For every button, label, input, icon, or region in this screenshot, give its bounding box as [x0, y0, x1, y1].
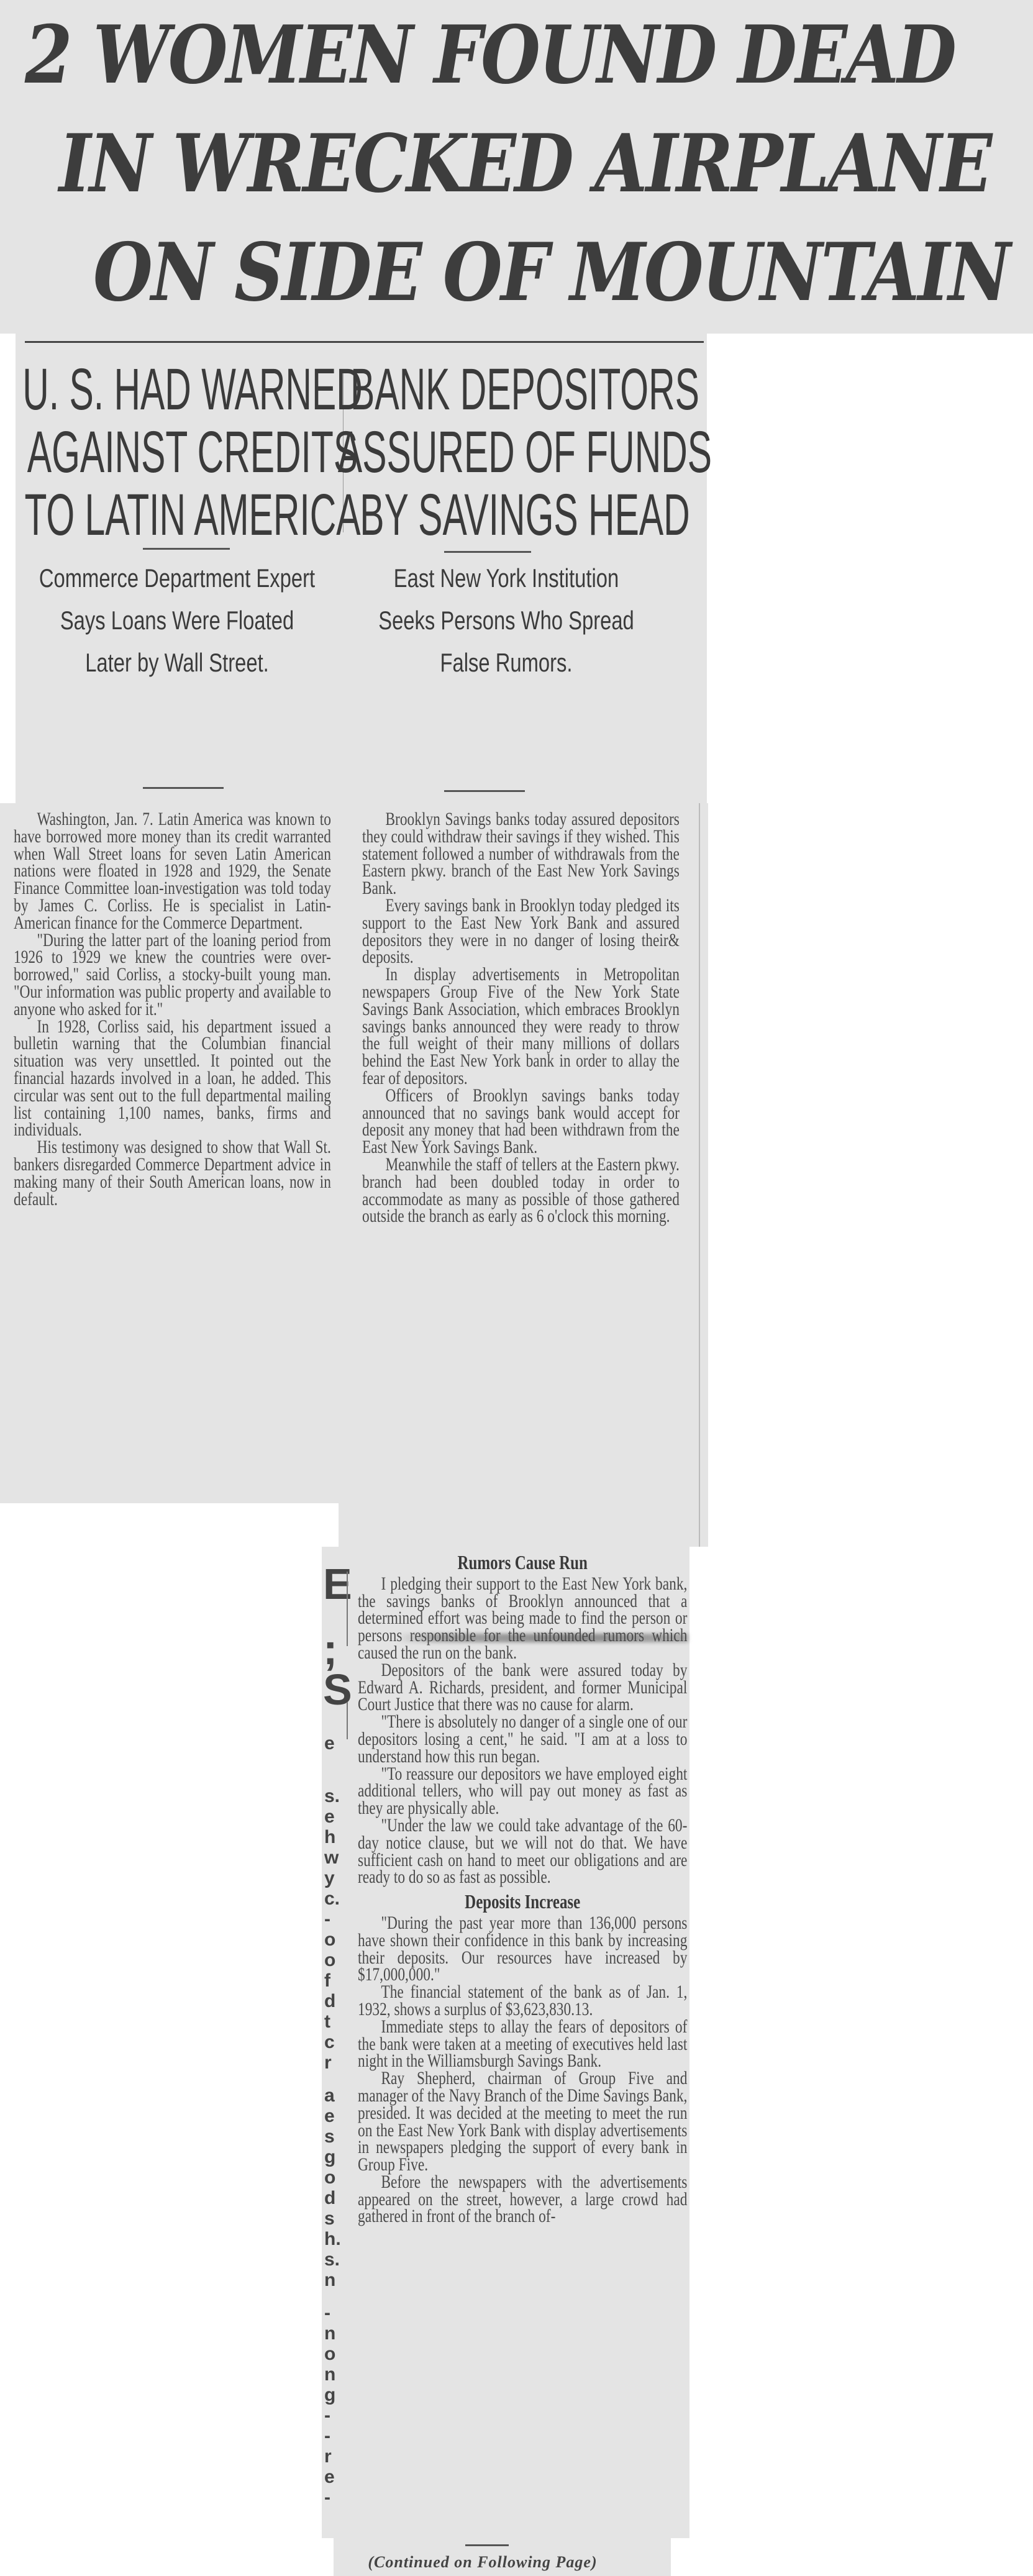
story-1-subhead-line: Later by Wall Street.	[24, 642, 329, 684]
paragraph: Brooklyn Savings banks today assured dep…	[362, 811, 680, 897]
fragment-letter: e	[324, 1806, 335, 1827]
deck-divider	[444, 551, 531, 553]
paragraph: Immediate steps to allay the fears of de…	[358, 2018, 687, 2070]
paragraph: In display advertisements in Metropolita…	[362, 966, 680, 1087]
story-2-subhead-line: False Rumors.	[361, 642, 652, 684]
fragment-letter: w	[324, 1847, 339, 1868]
fragment-letter: f	[324, 1970, 330, 1991]
fragment-letter: o	[324, 1929, 335, 1950]
story-2-headline-line: BANK DEPOSITORS	[327, 358, 724, 421]
fragment-letter: s.	[324, 1786, 340, 1807]
fragment-letter: h	[324, 1827, 335, 1848]
story-2-subhead: East New York Institution Seeks Persons …	[361, 557, 652, 684]
fragment-letter: -	[324, 2303, 330, 2324]
fragment-letter: n	[324, 2323, 335, 2344]
section-subhead: Rumors Cause Run	[358, 1547, 687, 1575]
story-2-subhead-line: East New York Institution	[361, 557, 652, 599]
paragraph: Before the newspapers with the advertise…	[358, 2173, 687, 2225]
story-2-headline-line: ASSURED OF FUNDS	[327, 421, 724, 484]
paragraph: "To reassure our depositors we have empl…	[358, 1765, 687, 1817]
paragraph: "There is absolutely no danger of a sing…	[358, 1713, 687, 1765]
fragment-letter: -	[324, 2426, 330, 2447]
continued-note-clipping: (Continued on Following Page)	[334, 2538, 671, 2576]
fragment-letter: n	[324, 2364, 335, 2385]
paragraph: Meanwhile the staff of tellers at the Ea…	[362, 1156, 680, 1225]
fragment-letter: s	[324, 2208, 335, 2229]
fragment-letter: e	[324, 2467, 335, 2488]
story-2-subhead-line: Seeks Persons Who Spread	[361, 599, 652, 642]
story-2-headline-line: BY SAVINGS HEAD	[327, 484, 724, 547]
paragraph: His testimony was designed to show that …	[14, 1139, 331, 1208]
fragment-letter: -	[324, 1909, 330, 1930]
banner-headline-line-2: IN WRECKED AIRPLANE	[59, 124, 991, 204]
adjacent-column-fragments: E;Ses.ehwyc.-oofdtcraesgodsh.s.n-nong--r…	[322, 1547, 345, 2538]
fragment-letter: -	[324, 2405, 330, 2426]
fragment-letter: g	[324, 2147, 335, 2168]
story-2-continuation-body: Rumors Cause Run I pledging their suppor…	[358, 1547, 687, 2225]
paragraph: Officers of Brooklyn savings banks today…	[362, 1087, 680, 1156]
fragment-letter: c	[324, 2032, 335, 2053]
fragment-letter: a	[324, 2085, 335, 2106]
story-1-body-clipping: Washington, Jan. 7. Latin America was kn…	[0, 803, 339, 1503]
paragraph: I pledging their support to the East New…	[358, 1575, 687, 1662]
paragraph: "During the past year more than 136,000 …	[358, 1914, 687, 1983]
fragment-letter: o	[324, 2167, 335, 2188]
column-rule	[347, 1572, 348, 1646]
fragment-letter: -	[324, 2487, 330, 2508]
banner-headline-line-3: ON SIDE OF MOUNTAIN	[93, 233, 1009, 312]
story-2-body: Brooklyn Savings banks today assured dep…	[362, 811, 680, 1225]
fragment-letter: c.	[324, 1888, 340, 1909]
fragment-letter: e	[324, 1733, 335, 1754]
story-1-body: Washington, Jan. 7. Latin America was kn…	[14, 811, 331, 1208]
paragraph: "Under the law we could take advantage o…	[358, 1817, 687, 1886]
story-2-body-clipping: Brooklyn Savings banks today assured dep…	[339, 803, 708, 1547]
story-1-subhead-line: Commerce Department Expert	[24, 557, 329, 599]
fragment-letter: e	[324, 2106, 335, 2127]
deck-divider	[143, 787, 224, 789]
fragment-letter: n	[324, 2270, 335, 2291]
paragraph: In 1928, Corliss said, his department is…	[14, 1018, 331, 1139]
paragraph: Washington, Jan. 7. Latin America was kn…	[14, 811, 331, 932]
fragment-letter: o	[324, 1950, 335, 1971]
story-1-subhead-line: Says Loans Were Floated	[24, 599, 329, 642]
banner-headline-clipping: 2 WOMEN FOUND DEAD IN WRECKED AIRPLANE O…	[0, 0, 1033, 334]
fragment-letter: y	[324, 1868, 335, 1889]
paragraph: Depositors of the bank were assured toda…	[358, 1662, 687, 1713]
fragment-letter: d	[324, 2188, 335, 2209]
section-subhead: Deposits Increase	[358, 1886, 687, 1914]
paragraph: Every savings bank in Brooklyn today ple…	[362, 897, 680, 966]
fragment-letter: o	[324, 2344, 335, 2365]
fragment-letter: r	[324, 2052, 332, 2073]
column-edge-rule	[699, 803, 700, 1547]
story-1-subhead: Commerce Department Expert Says Loans We…	[24, 557, 329, 684]
column-rule	[347, 1702, 348, 1739]
fragment-letter: d	[324, 1991, 335, 2012]
paragraph: The financial statement of the bank as o…	[358, 1983, 687, 2018]
story-headlines-clipping: U. S. HAD WARNED AGAINST CREDITS TO LATI…	[16, 334, 707, 806]
deck-divider	[143, 548, 230, 550]
fragment-letter: r	[324, 2446, 332, 2467]
story-2-headline: BANK DEPOSITORS ASSURED OF FUNDS BY SAVI…	[327, 358, 724, 547]
top-rule-divider	[25, 341, 704, 343]
fragment-letter: g	[324, 2385, 335, 2406]
fragment-letter: s.	[324, 2249, 340, 2270]
fragment-letter: s	[324, 2126, 335, 2147]
paragraph: Ray Shepherd, chairman of Group Five and…	[358, 2070, 687, 2173]
story-2-continuation-clipping: E;Ses.ehwyc.-oofdtcraesgodsh.s.n-nong--r…	[322, 1547, 689, 2538]
banner-headline-line-1: 2 WOMEN FOUND DEAD	[25, 16, 955, 95]
fragment-letter: t	[324, 2011, 330, 2032]
deck-divider	[444, 790, 525, 792]
footer-divider	[465, 2544, 509, 2546]
fragment-letter: h.	[324, 2229, 341, 2250]
paragraph: "During the latter part of the loaning p…	[14, 932, 331, 1018]
continued-on-following-page: (Continued on Following Page)	[334, 2553, 632, 2572]
